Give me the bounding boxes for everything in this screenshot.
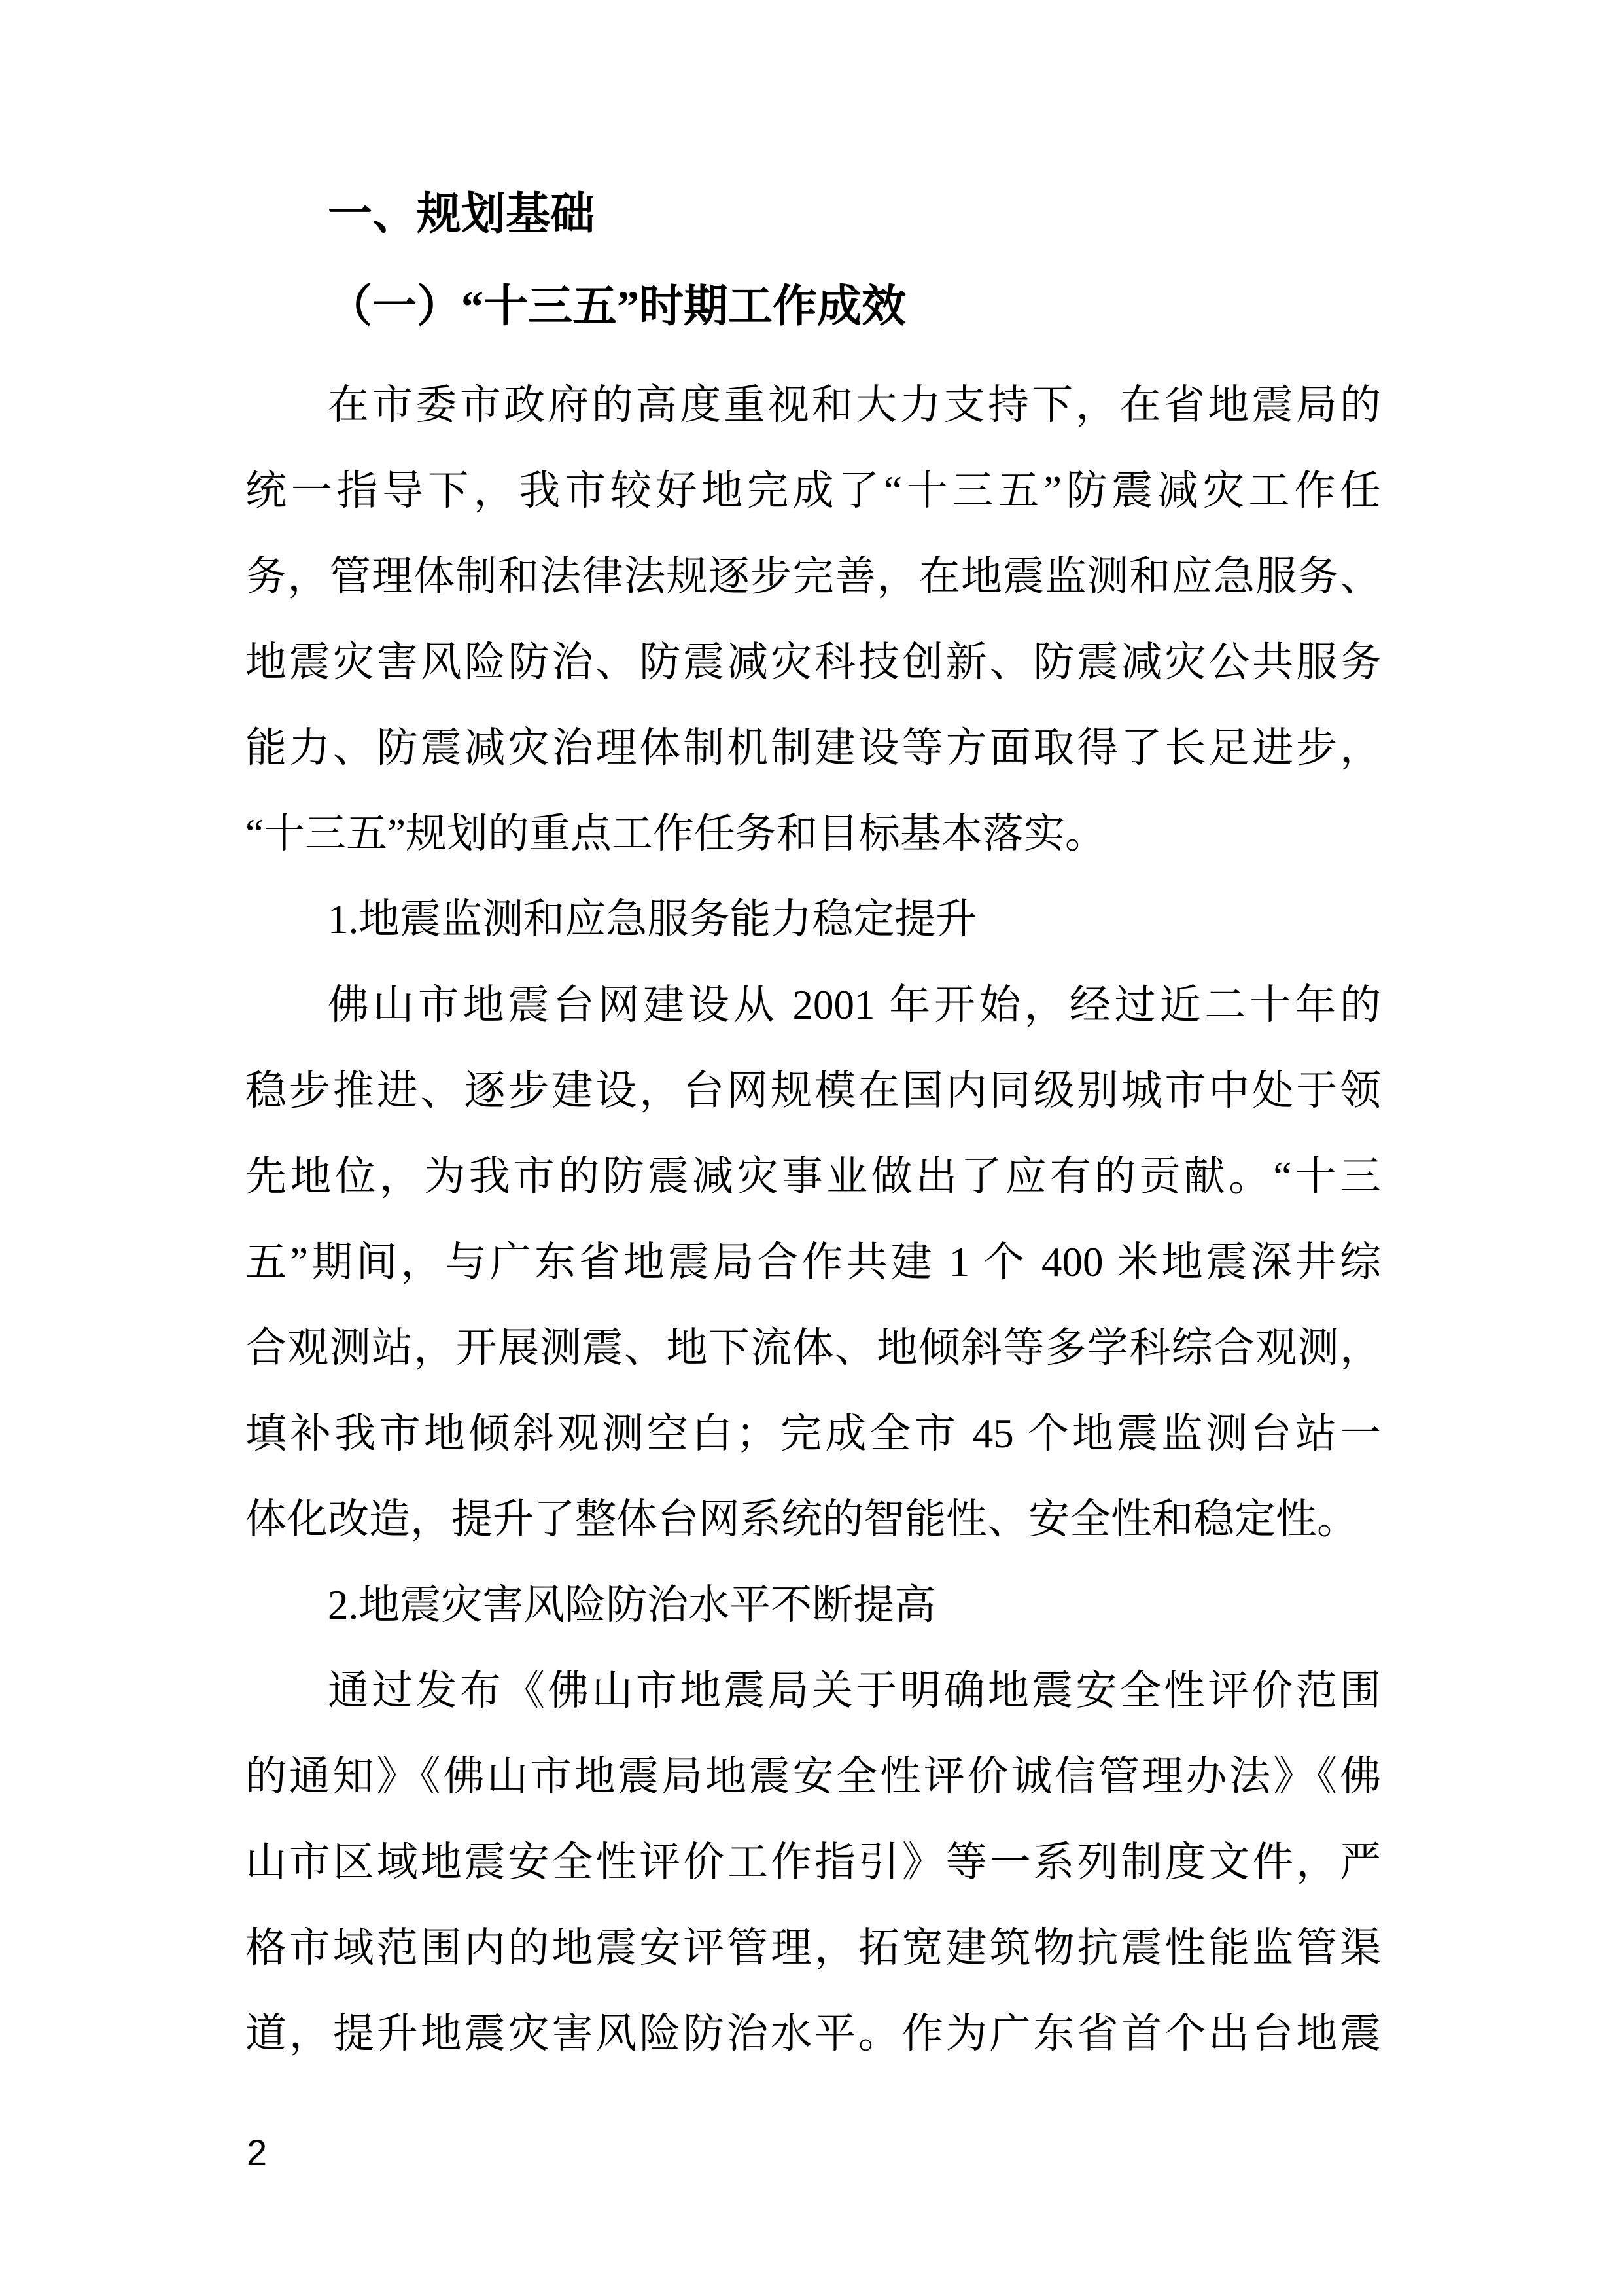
text-line-17: 2.地震灾害风险防治水平不断提高 — [245, 1563, 1381, 1648]
text-line-7: 能力、防震减灾治理体制机制建设等方面取得了长足进步， — [245, 705, 1381, 791]
text-line-15: 填补我市地倾斜观测空白；完成全市 45 个地震监测台站一 — [245, 1391, 1381, 1477]
text-line-1: 一、规划基础 — [245, 171, 1381, 257]
text-line-11: 稳步推进、逐步建设，台网规模在国内同级别城市中处于领 — [245, 1048, 1381, 1134]
document-text-block: 一、规划基础（一）“十三五”时期工作成效在市委市政府的高度重视和大力支持下，在省… — [245, 171, 1381, 2077]
text-line-13: 五”期间，与广东省地震局合作共建 1 个 400 米地震深井综 — [245, 1220, 1381, 1305]
text-line-16: 体化改造，提升了整体台网系统的智能性、安全性和稳定性。 — [245, 1477, 1381, 1563]
document-page: 一、规划基础（一）“十三五”时期工作成效在市委市政府的高度重视和大力支持下，在省… — [0, 0, 1623, 2296]
text-line-8: “十三五”规划的重点工作任务和目标基本落实。 — [245, 791, 1381, 877]
text-line-10: 佛山市地震台网建设从 2001 年开始，经过近二十年的 — [245, 963, 1381, 1048]
text-line-9: 1.地震监测和应急服务能力稳定提升 — [245, 877, 1381, 963]
text-line-3: 在市委市政府的高度重视和大力支持下，在省地震局的 — [245, 362, 1381, 448]
text-line-19: 的通知》《佛山市地震局地震安全性评价诚信管理办法》《佛 — [245, 1734, 1381, 1820]
text-line-18: 通过发布《佛山市地震局关于明确地震安全性评价范围 — [245, 1648, 1381, 1734]
text-line-6: 地震灾害风险防治、防震减灾科技创新、防震减灾公共服务 — [245, 620, 1381, 705]
page-number: 2 — [247, 2132, 267, 2174]
text-line-5: 务，管理体制和法律法规逐步完善，在地震监测和应急服务、 — [245, 534, 1381, 620]
text-line-2: （一）“十三五”时期工作成效 — [245, 264, 1381, 349]
text-line-4: 统一指导下，我市较好地完成了“十三五”防震减灾工作任 — [245, 448, 1381, 534]
text-line-21: 格市域范围内的地震安评管理，拓宽建筑物抗震性能监管渠 — [245, 1905, 1381, 1991]
text-line-22: 道，提升地震灾害风险防治水平。作为广东省首个出台地震 — [245, 1991, 1381, 2077]
text-line-20: 山市区域地震安全性评价工作指引》等一系列制度文件，严 — [245, 1820, 1381, 1905]
text-line-14: 合观测站，开展测震、地下流体、地倾斜等多学科综合观测， — [245, 1305, 1381, 1391]
text-line-12: 先地位，为我市的防震减灾事业做出了应有的贡献。“十三 — [245, 1134, 1381, 1220]
